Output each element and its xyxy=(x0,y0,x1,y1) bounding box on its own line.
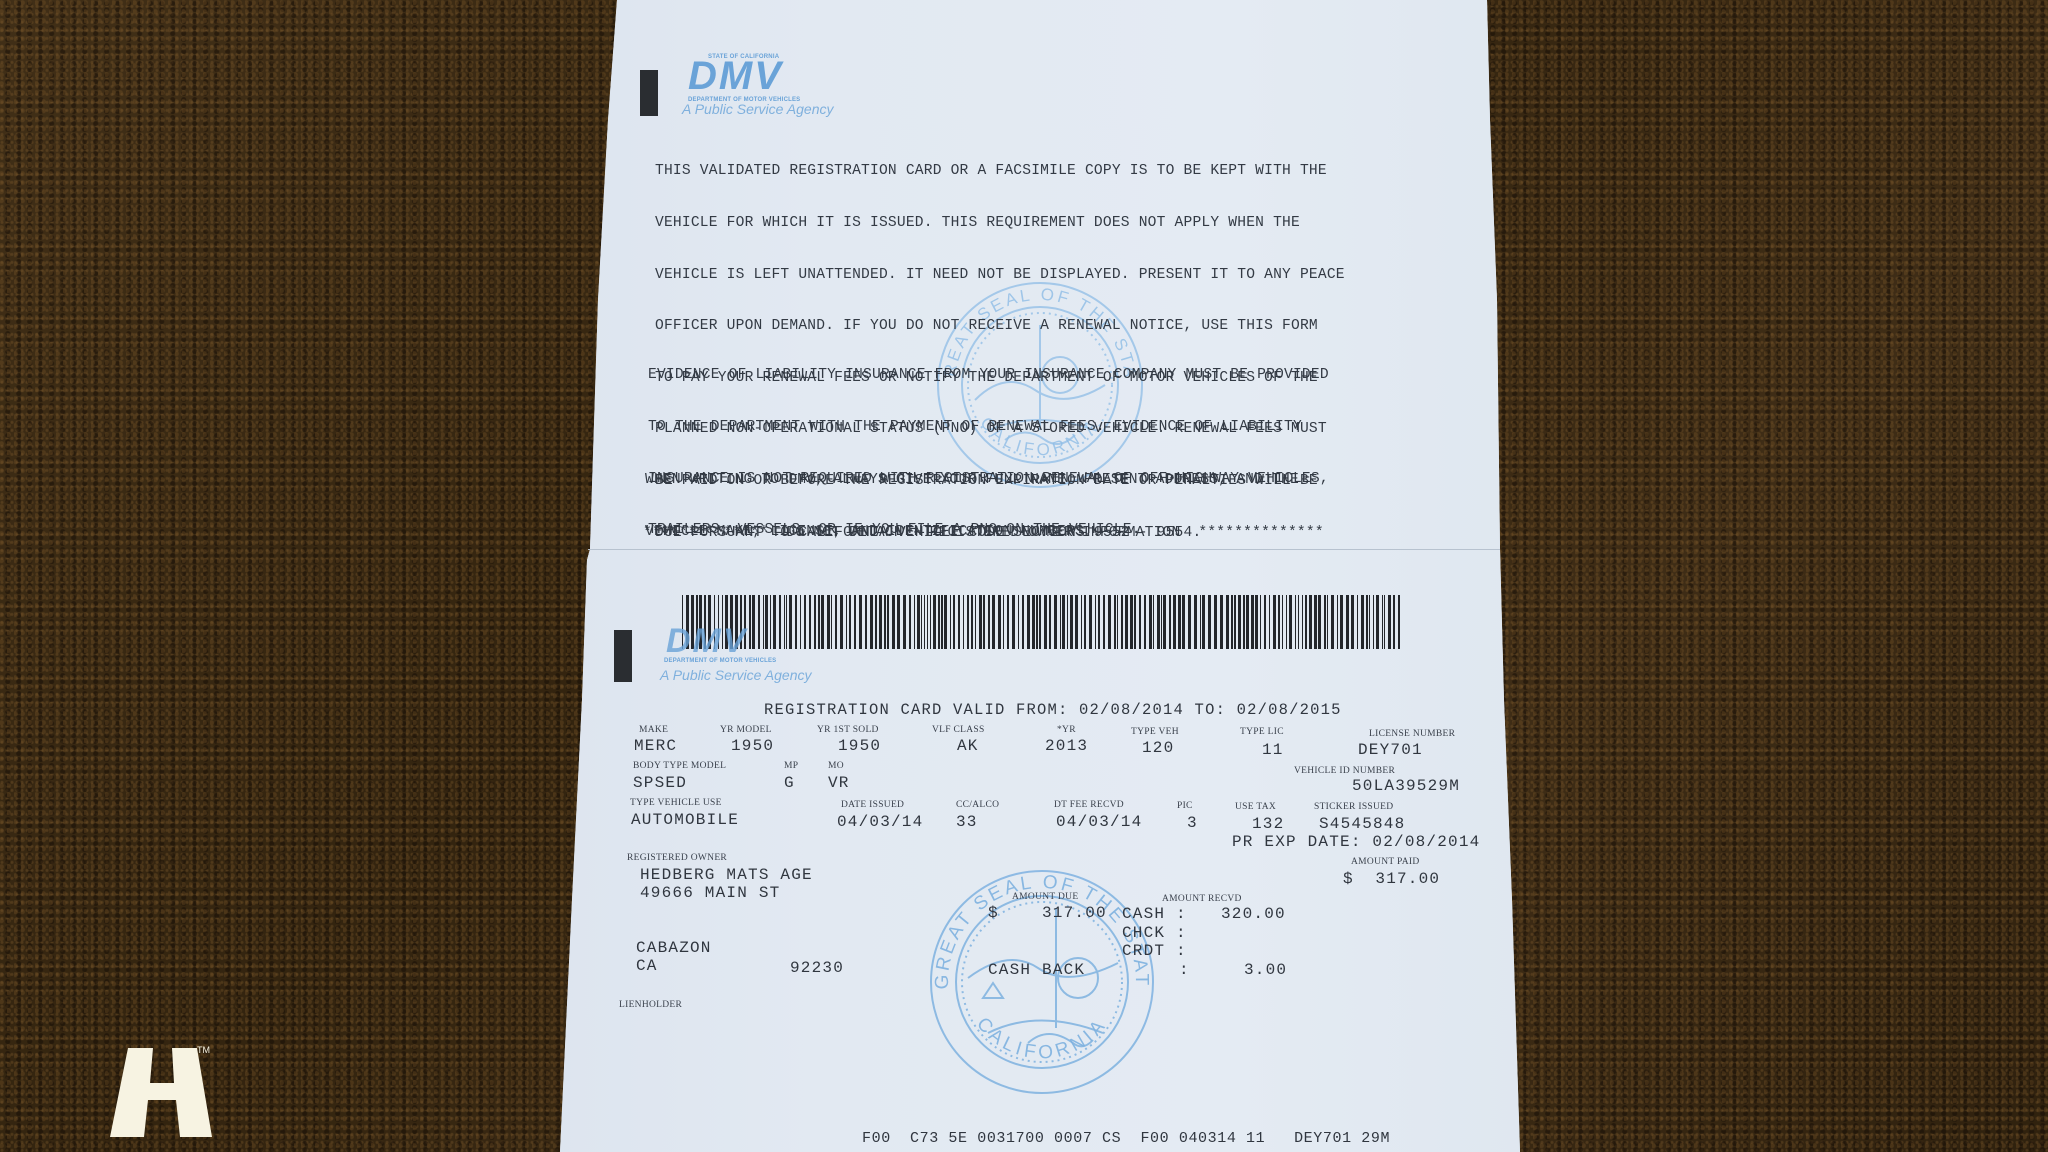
date-issued-value: 04/03/14 xyxy=(837,813,923,831)
make-label: MAKE xyxy=(639,725,668,735)
use-tax-value: 132 xyxy=(1252,815,1284,833)
registration-mark xyxy=(614,630,632,682)
logo-dmv-text: DMV xyxy=(688,54,783,99)
type-vehicle-use-value: AUTOMOBILE xyxy=(631,811,739,829)
registered-owner-label: REGISTERED OWNER xyxy=(627,853,727,863)
logo-department-text: DEPARTMENT OF MOTOR VEHICLES xyxy=(664,658,776,664)
owner-state: CA xyxy=(636,957,658,975)
vlf-class-label: VLF CLASS xyxy=(932,725,985,735)
amount-due-label: AMOUNT DUE xyxy=(1012,892,1078,902)
amount-due-value: $ 317.00 xyxy=(988,904,1107,922)
mo-value: VR xyxy=(828,774,850,792)
license-number-label: LICENSE NUMBER xyxy=(1369,729,1455,739)
cash-label: CASH : xyxy=(1122,905,1187,923)
yr-1st-sold-value: 1950 xyxy=(838,737,881,755)
cc-alco-label: CC/ALCO xyxy=(956,800,999,810)
type-veh-label: TYPE VEH xyxy=(1131,727,1179,737)
type-lic-label: TYPE LIC xyxy=(1240,727,1284,737)
vin-label: VEHICLE ID NUMBER xyxy=(1294,766,1395,776)
type-vehicle-use-label: TYPE VEHICLE USE xyxy=(630,798,722,808)
pic-value: 3 xyxy=(1187,814,1198,832)
lienholder-label: LIENHOLDER xyxy=(619,1000,682,1010)
yr-model-label: YR MODEL xyxy=(720,725,772,735)
owner-zip: 92230 xyxy=(790,959,844,977)
sticker-issued-label: STICKER ISSUED xyxy=(1314,802,1393,812)
type-veh-value: 120 xyxy=(1142,739,1174,757)
type-lic-value: 11 xyxy=(1262,741,1284,759)
mp-label: MP xyxy=(784,761,798,771)
cash-back-value: 3.00 xyxy=(1244,961,1287,979)
barcode xyxy=(682,595,1400,649)
cash-value: 320.00 xyxy=(1221,905,1286,923)
crdt-label: CRDT : xyxy=(1122,942,1187,960)
amount-recvd-label: AMOUNT RECVD xyxy=(1162,894,1242,904)
yr-1st-sold-label: YR 1ST SOLD xyxy=(817,725,879,735)
agency-tagline: A Public Service Agency xyxy=(660,667,811,683)
date-issued-label: DATE ISSUED xyxy=(841,800,904,810)
detach-notice: ************** DO NOT DETACH - REGISTERE… xyxy=(643,525,1324,542)
pr-exp-date: PR EXP DATE: 02/08/2014 xyxy=(1232,833,1480,851)
owner-city: CABAZON xyxy=(636,939,712,957)
agency-tagline: A Public Service Agency xyxy=(682,101,833,117)
cash-back-label: CASH BACK xyxy=(988,961,1085,979)
yr-label: *YR xyxy=(1057,725,1076,735)
sticker-issued-value: S4545848 xyxy=(1319,815,1405,833)
license-number-value: DEY701 xyxy=(1358,741,1423,759)
owner-street: 49666 MAIN ST xyxy=(640,884,780,902)
cash-back-colon: : xyxy=(1179,961,1190,979)
chck-label: CHCK : xyxy=(1122,924,1187,942)
dt-fee-recvd-label: DT FEE RECVD xyxy=(1054,800,1124,810)
watermark-logo: TM xyxy=(108,1045,218,1146)
great-seal-icon: THE GREAT SEAL OF THE STATE OF CALIFORNI… xyxy=(928,868,1156,1096)
use-tax-label: USE TAX xyxy=(1235,802,1276,812)
body-type-model-value: SPSED xyxy=(633,774,687,792)
cc-alco-value: 33 xyxy=(956,813,978,831)
body-type-model-label: BODY TYPE MODEL xyxy=(633,761,726,771)
vin-value: 50LA39529M xyxy=(1352,777,1460,795)
yr-value: 2013 xyxy=(1045,737,1088,755)
amount-paid-label: AMOUNT PAID xyxy=(1351,857,1420,867)
make-value: MERC xyxy=(634,737,677,755)
h-logo-icon xyxy=(108,1045,218,1141)
amount-paid-value: $ 317.00 xyxy=(1343,870,1440,888)
logo-dmv-text: DMV xyxy=(666,622,748,661)
owner-name: HEDBERG MATS AGE xyxy=(640,866,813,884)
vlf-class-value: AK xyxy=(957,737,979,755)
mp-value: G xyxy=(784,774,795,792)
dt-fee-recvd-value: 04/03/14 xyxy=(1056,813,1142,831)
trademark-symbol: TM xyxy=(197,1045,210,1055)
card-title: REGISTRATION CARD VALID FROM: 02/08/2014… xyxy=(764,701,1342,719)
registration-mark xyxy=(640,70,658,116)
yr-model-value: 1950 xyxy=(731,737,774,755)
mo-label: MO xyxy=(828,761,844,771)
footer-code: F00 C73 5E 0031700 0007 CS F00 040314 11… xyxy=(862,1130,1390,1147)
pic-label: PIC xyxy=(1177,801,1193,811)
